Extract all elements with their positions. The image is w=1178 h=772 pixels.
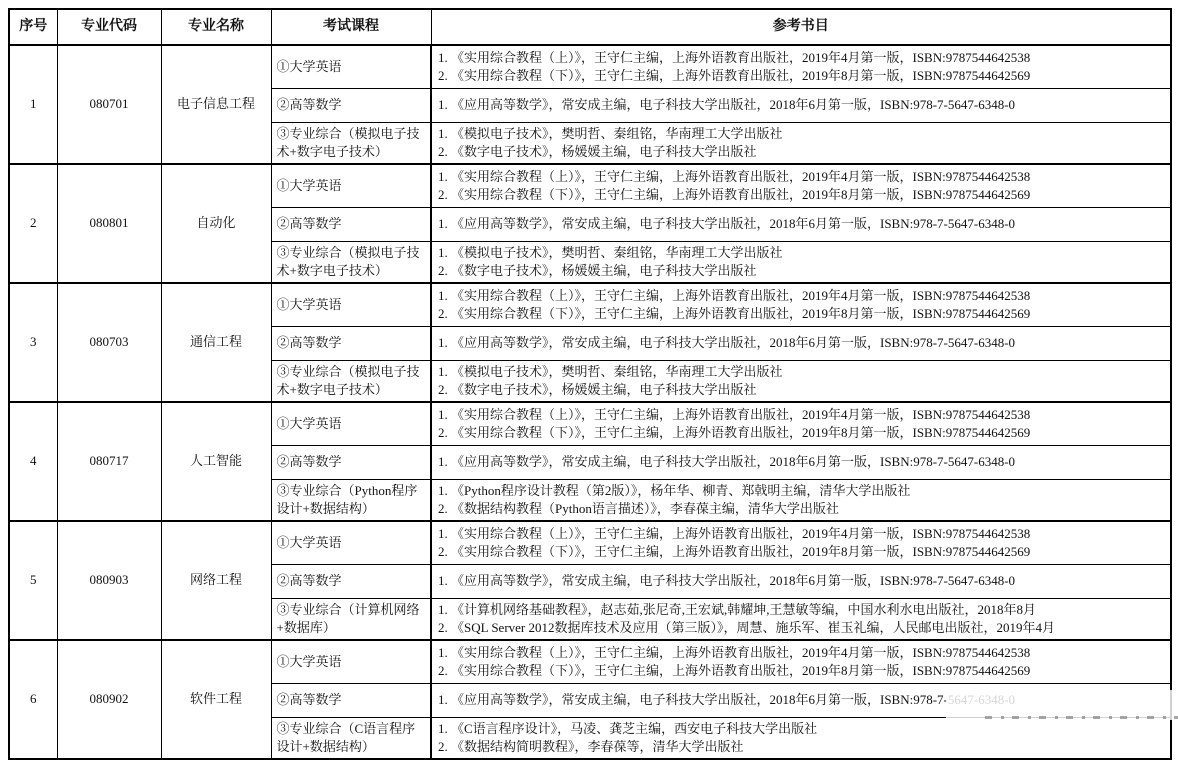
books-cell: 1. 《应用高等数学》，常安成主编，电子科技大学出版社，2018年6月第一版，I… xyxy=(431,207,1171,241)
header-major-name: 专业名称 xyxy=(161,9,271,45)
course-cell: ③专业综合（模拟电子技术+数字电子技术） xyxy=(271,241,431,283)
book-line: 2. 《数字电子技术》，杨媛媛主编，电子科技大学出版社 xyxy=(438,381,1166,399)
header-reference-books: 参考书目 xyxy=(431,9,1171,45)
books-cell: 1. 《实用综合教程（上）》，王守仁主编，上海外语教育出版社，2019年4月第一… xyxy=(431,640,1171,683)
major-code-cell: 080801 xyxy=(57,164,161,283)
book-line: 1. 《应用高等数学》，常安成主编，电子科技大学出版社，2018年6月第一版，I… xyxy=(438,96,1166,114)
books-cell: 1. 《实用综合教程（上）》，王守仁主编，上海外语教育出版社，2019年4月第一… xyxy=(431,521,1171,564)
books-cell: 1. 《应用高等数学》，常安成主编，电子科技大学出版社，2018年6月第一版，I… xyxy=(431,683,1171,717)
document-page: 序号 专业代码 专业名称 考试课程 参考书目 1 080701 电子信息工程 ①… xyxy=(0,0,1178,772)
row-no-cell: 1 xyxy=(9,45,57,164)
row-no-cell: 2 xyxy=(9,164,57,283)
table-row: 3 080703 通信工程 ①大学英语 1. 《实用综合教程（上）》，王守仁主编… xyxy=(9,283,1171,326)
books-cell: 1. 《模拟电子技术》，樊明哲、秦组铭，华南理工大学出版社 2. 《数字电子技术… xyxy=(431,241,1171,283)
major-name-cell: 自动化 xyxy=(161,164,271,283)
book-line: 2. 《实用综合教程（下）》，王守仁主编，上海外语教育出版社，2019年8月第一… xyxy=(438,186,1166,204)
major-name-cell: 软件工程 xyxy=(161,640,271,759)
book-line: 2. 《数据结构简明教程》，李春葆等，清华大学出版社 xyxy=(438,738,1166,756)
major-name-cell: 网络工程 xyxy=(161,521,271,640)
course-cell: ③专业综合（C语言程序设计+数据结构） xyxy=(271,717,431,759)
book-line: 1. 《应用高等数学》，常安成主编，电子科技大学出版社，2018年6月第一版，I… xyxy=(438,691,1166,709)
course-cell: ②高等数学 xyxy=(271,683,431,717)
course-cell: ①大学英语 xyxy=(271,45,431,88)
table-row: 6 080902 软件工程 ①大学英语 1. 《实用综合教程（上）》，王守仁主编… xyxy=(9,640,1171,683)
books-cell: 1. 《实用综合教程（上）》，王守仁主编，上海外语教育出版社，2019年4月第一… xyxy=(431,164,1171,207)
book-line: 1. 《模拟电子技术》，樊明哲、秦组铭，华南理工大学出版社 xyxy=(438,244,1166,262)
table-row: 5 080903 网络工程 ①大学英语 1. 《实用综合教程（上）》，王守仁主编… xyxy=(9,521,1171,564)
major-name-cell: 人工智能 xyxy=(161,402,271,521)
course-cell: ①大学英语 xyxy=(271,521,431,564)
book-line: 2. 《数字电子技术》，杨媛媛主编，电子科技大学出版社 xyxy=(438,262,1166,280)
book-line: 2. 《实用综合教程（下）》，王守仁主编，上海外语教育出版社，2019年8月第一… xyxy=(438,662,1166,680)
books-cell: 1. 《应用高等数学》，常安成主编，电子科技大学出版社，2018年6月第一版，I… xyxy=(431,326,1171,360)
major-code-cell: 080701 xyxy=(57,45,161,164)
books-cell: 1. 《应用高等数学》，常安成主编，电子科技大学出版社，2018年6月第一版，I… xyxy=(431,564,1171,598)
book-line: 1. 《C语言程序设计》，马凌、龚芝主编，西安电子科技大学出版社 xyxy=(438,720,1166,738)
book-line: 1. 《实用综合教程（上）》，王守仁主编，上海外语教育出版社，2019年4月第一… xyxy=(438,49,1166,67)
book-line: 1. 《计算机网络基础教程》，赵志茹,张尼奇,王宏斌,韩耀坤,王慧敏等编，中国水… xyxy=(438,601,1166,619)
books-cell: 1. 《实用综合教程（上）》，王守仁主编，上海外语教育出版社，2019年4月第一… xyxy=(431,402,1171,445)
book-line: 1. 《模拟电子技术》，樊明哲、秦组铭，华南理工大学出版社 xyxy=(438,125,1166,143)
major-name-cell: 通信工程 xyxy=(161,283,271,402)
books-cell: 1. 《计算机网络基础教程》，赵志茹,张尼奇,王宏斌,韩耀坤,王慧敏等编，中国水… xyxy=(431,598,1171,640)
book-line: 1. 《实用综合教程（上）》，王守仁主编，上海外语教育出版社，2019年4月第一… xyxy=(438,644,1166,662)
major-code-cell: 080902 xyxy=(57,640,161,759)
major-code-cell: 080903 xyxy=(57,521,161,640)
book-line: 2. 《SQL Server 2012数据库技术及应用（第三版）》，周慧、施乐军… xyxy=(438,619,1166,637)
major-code-cell: 080703 xyxy=(57,283,161,402)
row-no-cell: 6 xyxy=(9,640,57,759)
major-name-cell: 电子信息工程 xyxy=(161,45,271,164)
course-cell: ①大学英语 xyxy=(271,283,431,326)
book-line: 1. 《实用综合教程（上）》，王守仁主编，上海外语教育出版社，2019年4月第一… xyxy=(438,406,1166,424)
header-exam-courses: 考试课程 xyxy=(271,9,431,45)
course-cell: ③专业综合（模拟电子技术+数字电子技术） xyxy=(271,360,431,402)
row-no-cell: 3 xyxy=(9,283,57,402)
book-line: 1. 《实用综合教程（上）》，王守仁主编，上海外语教育出版社，2019年4月第一… xyxy=(438,168,1166,186)
course-cell: ②高等数学 xyxy=(271,207,431,241)
course-cell: ②高等数学 xyxy=(271,326,431,360)
course-cell: ③专业综合（模拟电子技术+数字电子技术） xyxy=(271,122,431,164)
book-line: 2. 《实用综合教程（下）》，王守仁主编，上海外语教育出版社，2019年8月第一… xyxy=(438,543,1166,561)
row-no-cell: 4 xyxy=(9,402,57,521)
book-line: 1. 《实用综合教程（上）》，王守仁主编，上海外语教育出版社，2019年4月第一… xyxy=(438,287,1166,305)
books-cell: 1. 《实用综合教程（上）》，王守仁主编，上海外语教育出版社，2019年4月第一… xyxy=(431,45,1171,88)
books-cell: 1. 《模拟电子技术》，樊明哲、秦组铭，华南理工大学出版社 2. 《数字电子技术… xyxy=(431,360,1171,402)
book-line: 2. 《实用综合教程（下）》，王守仁主编，上海外语教育出版社，2019年8月第一… xyxy=(438,424,1166,442)
book-line: 2. 《实用综合教程（下）》，王守仁主编，上海外语教育出版社，2019年8月第一… xyxy=(438,67,1166,85)
course-cell: ①大学英语 xyxy=(271,640,431,683)
table-row: 4 080717 人工智能 ①大学英语 1. 《实用综合教程（上）》，王守仁主编… xyxy=(9,402,1171,445)
books-cell: 1. 《应用高等数学》，常安成主编，电子科技大学出版社，2018年6月第一版，I… xyxy=(431,445,1171,479)
book-line: 2. 《实用综合教程（下）》，王守仁主编，上海外语教育出版社，2019年8月第一… xyxy=(438,305,1166,323)
course-cell: ③专业综合（计算机网络+数据库） xyxy=(271,598,431,640)
book-line: 2. 《数据结构教程（Python语言描述）》，李春葆主编，清华大学出版社 xyxy=(438,500,1166,518)
book-line: 1. 《应用高等数学》，常安成主编，电子科技大学出版社，2018年6月第一版，I… xyxy=(438,334,1166,352)
books-cell: 1. 《实用综合教程（上）》，王守仁主编，上海外语教育出版社，2019年4月第一… xyxy=(431,283,1171,326)
books-cell: 1. 《Python程序设计教程（第2版）》，杨年华、柳青、郑戟明主编，清华大学… xyxy=(431,479,1171,521)
book-line: 2. 《数字电子技术》，杨媛媛主编，电子科技大学出版社 xyxy=(438,143,1166,161)
course-cell: ②高等数学 xyxy=(271,88,431,122)
book-line: 1. 《应用高等数学》，常安成主编，电子科技大学出版社，2018年6月第一版，I… xyxy=(438,215,1166,233)
book-line: 1. 《应用高等数学》，常安成主编，电子科技大学出版社，2018年6月第一版，I… xyxy=(438,572,1166,590)
table-row: 2 080801 自动化 ①大学英语 1. 《实用综合教程（上）》，王守仁主编，… xyxy=(9,164,1171,207)
book-line: 1. 《实用综合教程（上）》，王守仁主编，上海外语教育出版社，2019年4月第一… xyxy=(438,525,1166,543)
header-major-code: 专业代码 xyxy=(57,9,161,45)
book-line: 1. 《Python程序设计教程（第2版）》，杨年华、柳青、郑戟明主编，清华大学… xyxy=(438,482,1166,500)
book-line: 1. 《模拟电子技术》，樊明哲、秦组铭，华南理工大学出版社 xyxy=(438,363,1166,381)
reference-books-table: 序号 专业代码 专业名称 考试课程 参考书目 1 080701 电子信息工程 ①… xyxy=(8,8,1172,760)
course-cell: ①大学英语 xyxy=(271,164,431,207)
books-cell: 1. 《应用高等数学》，常安成主编，电子科技大学出版社，2018年6月第一版，I… xyxy=(431,88,1171,122)
table-row: 1 080701 电子信息工程 ①大学英语 1. 《实用综合教程（上）》，王守仁… xyxy=(9,45,1171,88)
books-cell: 1. 《模拟电子技术》，樊明哲、秦组铭，华南理工大学出版社 2. 《数字电子技术… xyxy=(431,122,1171,164)
header-no: 序号 xyxy=(9,9,57,45)
course-cell: ③专业综合（Python程序设计+数据结构） xyxy=(271,479,431,521)
header-row: 序号 专业代码 专业名称 考试课程 参考书目 xyxy=(9,9,1171,45)
course-cell: ②高等数学 xyxy=(271,445,431,479)
course-cell: ①大学英语 xyxy=(271,402,431,445)
book-line: 1. 《应用高等数学》，常安成主编，电子科技大学出版社，2018年6月第一版，I… xyxy=(438,453,1166,471)
course-cell: ②高等数学 xyxy=(271,564,431,598)
books-cell: 1. 《C语言程序设计》，马凌、龚芝主编，西安电子科技大学出版社 2. 《数据结… xyxy=(431,717,1171,759)
major-code-cell: 080717 xyxy=(57,402,161,521)
row-no-cell: 5 xyxy=(9,521,57,640)
